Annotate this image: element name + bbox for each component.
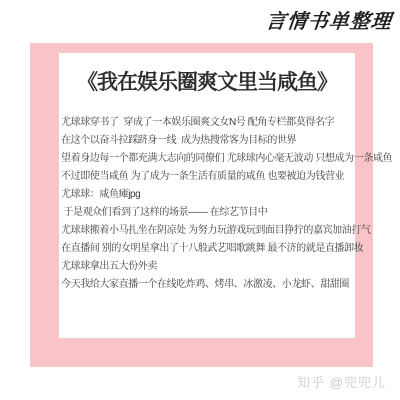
body-line: 于是观众们看到了这样的场景—— 在综艺节目中 (61, 204, 400, 222)
body-line: 尤球球穿书了 穿成了一本娱乐圈爽文女N号 配角专栏都莫得名字 (61, 114, 400, 132)
body-line: 在直播间 别的女明星拿出了十八般武艺唱歌跳舞 最不济的就是直播卸妆 (61, 240, 400, 258)
body-line: 不过即使当咸鱼 为了成为一条生活有质量的咸鱼 也要被迫为钱营业 (61, 168, 400, 186)
body-line: 望着身边每一个都充满大志向的同僚们 尤球球内心毫无波动 只想成为一条咸鱼 (61, 150, 400, 168)
header-caption: 言情书单整理 (264, 5, 393, 34)
body-text: 尤球球穿书了 穿成了一本娱乐圈爽文女N号 配角专栏都莫得名字 在这个以奋斗拉踩跻… (61, 114, 400, 294)
pink-frame: 《我在娱乐圈爽文里当咸鱼》 尤球球穿书了 穿成了一本娱乐圈爽文女N号 配角专栏都… (30, 43, 373, 367)
body-line: 尤球球拿出五大份外卖 (61, 258, 400, 276)
body-line: 今天我给大家直播一个在线吃炸鸡、烤串、冰激凌、小龙虾、甜甜圈 (61, 276, 400, 294)
body-line: 在这个以奋斗拉踩跻身一线 成为热搜常客为目标的世界 (61, 132, 400, 150)
watermark-text: 知乎 @兜兜儿 (297, 372, 386, 391)
book-title: 《我在娱乐圈爽文里当咸鱼》 (59, 66, 355, 96)
page-canvas: 言情书单整理 《我在娱乐圈爽文里当咸鱼》 尤球球穿书了 穿成了一本娱乐圈爽文女N… (0, 0, 400, 400)
content-card: 《我在娱乐圈爽文里当咸鱼》 尤球球穿书了 穿成了一本娱乐圈爽文女N号 配角专栏都… (59, 53, 355, 338)
body-line: 尤球球：咸鱼瘫jpg (61, 186, 400, 204)
body-line: 尤球球搬着小马扎坐在阴凉处 为努力玩游戏玩到面目狰狞的嘉宾加油打气 (61, 222, 400, 240)
